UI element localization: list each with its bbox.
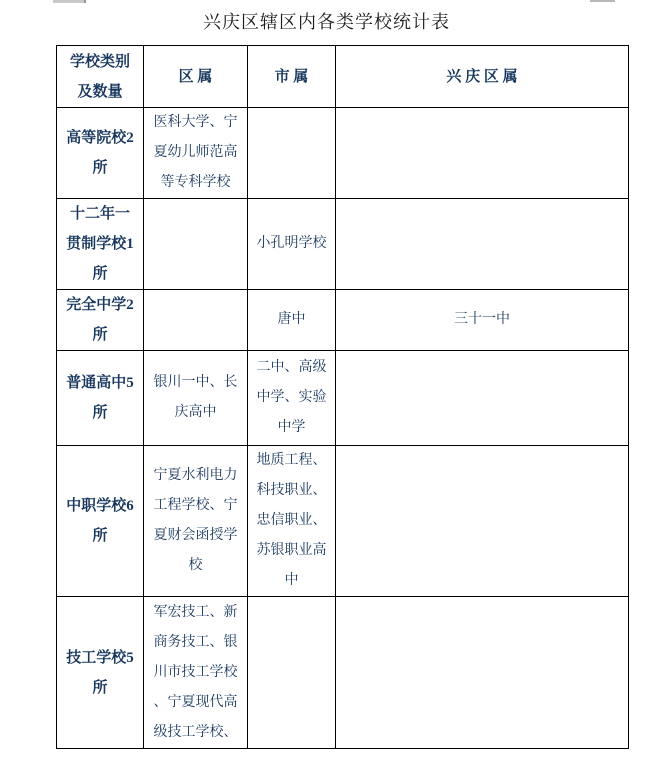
scrollbar-fragment-right: [590, 0, 615, 2]
scrollbar-fragment-left: [53, 0, 86, 3]
header-category: 学校类别 及数量: [57, 46, 144, 108]
table-row: 普通高中5 所 银川一中、长 庆高中 二中、高级 中学、实验 中学: [57, 351, 629, 446]
cell-district: 军宏技工、新 商务技工、银 川市技工学校 、宁夏现代高 级技工学校、: [144, 597, 248, 749]
cell-city: 小孔明学校: [248, 199, 336, 290]
cell-xingqing: [336, 597, 629, 749]
cell-city: 唐中: [248, 290, 336, 351]
table-header-row: 学校类别 及数量 区 属 市 属 兴 庆 区 属: [57, 46, 629, 108]
cell-category: 中职学校6 所: [57, 446, 144, 597]
document-page: 兴庆区辖区内各类学校统计表 学校类别 及数量 区 属 市 属 兴 庆 区 属 高…: [0, 0, 653, 770]
page-title: 兴庆区辖区内各类学校统计表: [0, 8, 653, 34]
cell-category: 高等院校2 所: [57, 108, 144, 199]
cell-district: 银川一中、长 庆高中: [144, 351, 248, 446]
cell-category: 完全中学2 所: [57, 290, 144, 351]
cell-city: 地质工程、 科技职业、 忠信职业、 苏银职业高 中: [248, 446, 336, 597]
cell-xingqing: [336, 199, 629, 290]
cell-city: [248, 108, 336, 199]
cell-city: [248, 597, 336, 749]
cell-district: [144, 290, 248, 351]
table-row: 十二年一 贯制学校1 所 小孔明学校: [57, 199, 629, 290]
cell-district: [144, 199, 248, 290]
table-row: 完全中学2 所 唐中 三十一中: [57, 290, 629, 351]
table-row: 技工学校5 所 军宏技工、新 商务技工、银 川市技工学校 、宁夏现代高 级技工学…: [57, 597, 629, 749]
table-row: 高等院校2 所 医科大学、宁 夏幼儿师范高 等专科学校: [57, 108, 629, 199]
table-row: 中职学校6 所 宁夏水利电力 工程学校、宁 夏财会函授学 校 地质工程、 科技职…: [57, 446, 629, 597]
cell-category: 技工学校5 所: [57, 597, 144, 749]
header-district-owned: 区 属: [144, 46, 248, 108]
cell-xingqing: [336, 446, 629, 597]
header-xingqing-owned: 兴 庆 区 属: [336, 46, 629, 108]
school-statistics-table: 学校类别 及数量 区 属 市 属 兴 庆 区 属 高等院校2 所 医科大学、宁 …: [56, 45, 629, 749]
cell-district: 医科大学、宁 夏幼儿师范高 等专科学校: [144, 108, 248, 199]
cell-category: 十二年一 贯制学校1 所: [57, 199, 144, 290]
cell-city: 二中、高级 中学、实验 中学: [248, 351, 336, 446]
cell-xingqing: 三十一中: [336, 290, 629, 351]
cell-district: 宁夏水利电力 工程学校、宁 夏财会函授学 校: [144, 446, 248, 597]
header-city-owned: 市 属: [248, 46, 336, 108]
cell-xingqing: [336, 108, 629, 199]
cell-category: 普通高中5 所: [57, 351, 144, 446]
cell-xingqing: [336, 351, 629, 446]
